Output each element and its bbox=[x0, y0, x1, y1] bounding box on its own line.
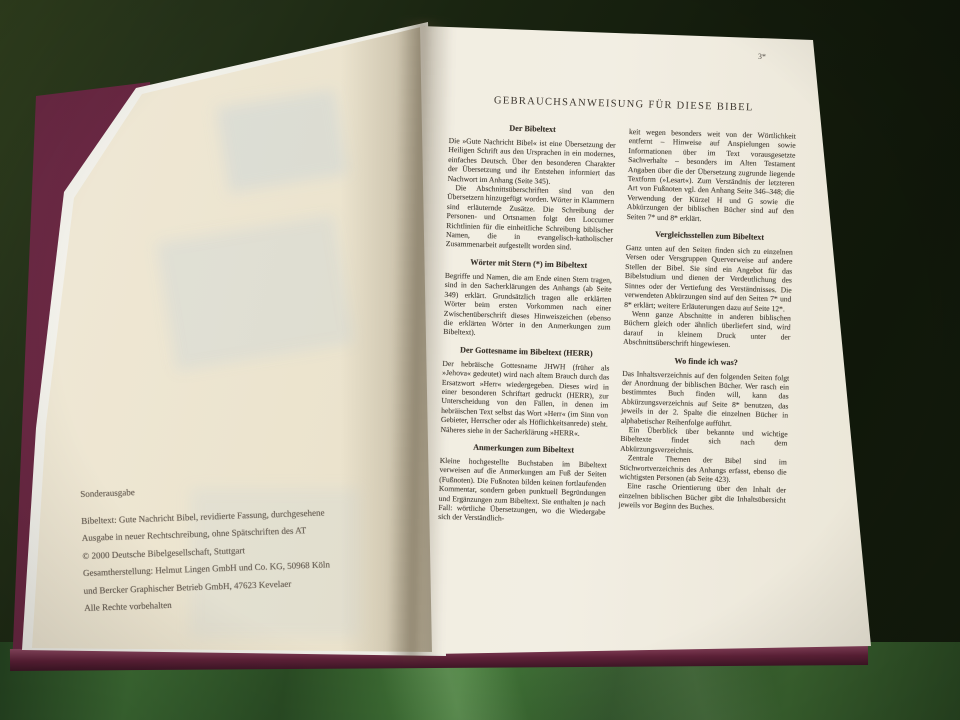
paragraph: Begriffe und Namen, die am Ende einen St… bbox=[443, 271, 612, 341]
column-1: Der Bibeltext Die »Gute Nachricht Bibel«… bbox=[438, 122, 616, 526]
section-bibeltext: Der Bibeltext Die »Gute Nachricht Bibel«… bbox=[446, 122, 616, 253]
paragraph: Ganz unten auf den Seiten finden sich zu… bbox=[624, 243, 793, 313]
paragraph: Die Abschnittsüberschriften sind von den… bbox=[446, 183, 615, 253]
paragraph: Der hebräische Gottesname JHWH (früher a… bbox=[441, 359, 610, 439]
paragraph: Das Inhaltsverzeichnis auf den folgenden… bbox=[621, 368, 790, 429]
section-gottesname: Der Gottesname im Bibeltext (HERR) Der h… bbox=[441, 345, 610, 439]
imprint-block: Sonderausgabe Bibeltext: Gute Nachricht … bbox=[80, 475, 394, 617]
section-woerter-mit-stern: Wörter mit Stern (*) im Bibeltext Begrif… bbox=[443, 257, 612, 341]
paragraph: Eine rasche Orientierung über den Inhalt… bbox=[618, 481, 786, 514]
paragraph: Die »Gute Nachricht Bibel« ist eine Über… bbox=[448, 136, 616, 188]
showthrough-ghost bbox=[156, 215, 354, 372]
column-2: keit wegen besonders weit von der Wörtli… bbox=[618, 127, 796, 531]
page-number: 3* bbox=[758, 52, 766, 61]
section-wo-finde-ich-was: Wo finde ich was? Das Inhaltsverzeichnis… bbox=[618, 354, 789, 514]
two-column-text: Der Bibeltext Die »Gute Nachricht Bibel«… bbox=[438, 122, 797, 531]
section-heading: Der Gottesname im Bibeltext (HERR) bbox=[443, 345, 610, 360]
continuation-paragraph: keit wegen besonders weit von der Wörtli… bbox=[627, 127, 797, 226]
section-heading: Der Bibeltext bbox=[449, 122, 616, 137]
paragraph: Kleine hochgestellte Buchstaben im Bibel… bbox=[438, 456, 607, 526]
section-heading: Wörter mit Stern (*) im Bibeltext bbox=[445, 257, 612, 272]
section-heading: Wo finde ich was? bbox=[623, 354, 790, 369]
usage-instructions-page: GEBRAUCHSANWEISUNG FÜR DIESE BIBEL Der B… bbox=[438, 94, 798, 531]
photo-scene: Sonderausgabe Bibeltext: Gute Nachricht … bbox=[0, 0, 960, 720]
section-heading: Vergleichsstellen zum Bibeltext bbox=[626, 229, 793, 244]
section-anmerkungen: Anmerkungen zum Bibeltext Kleine hochges… bbox=[438, 442, 607, 526]
section-vergleichsstellen: Vergleichsstellen zum Bibeltext Ganz unt… bbox=[623, 229, 793, 351]
paragraph: Wenn ganze Abschnitte in anderen biblisc… bbox=[623, 309, 791, 351]
section-heading: Anmerkungen zum Bibeltext bbox=[440, 442, 607, 457]
